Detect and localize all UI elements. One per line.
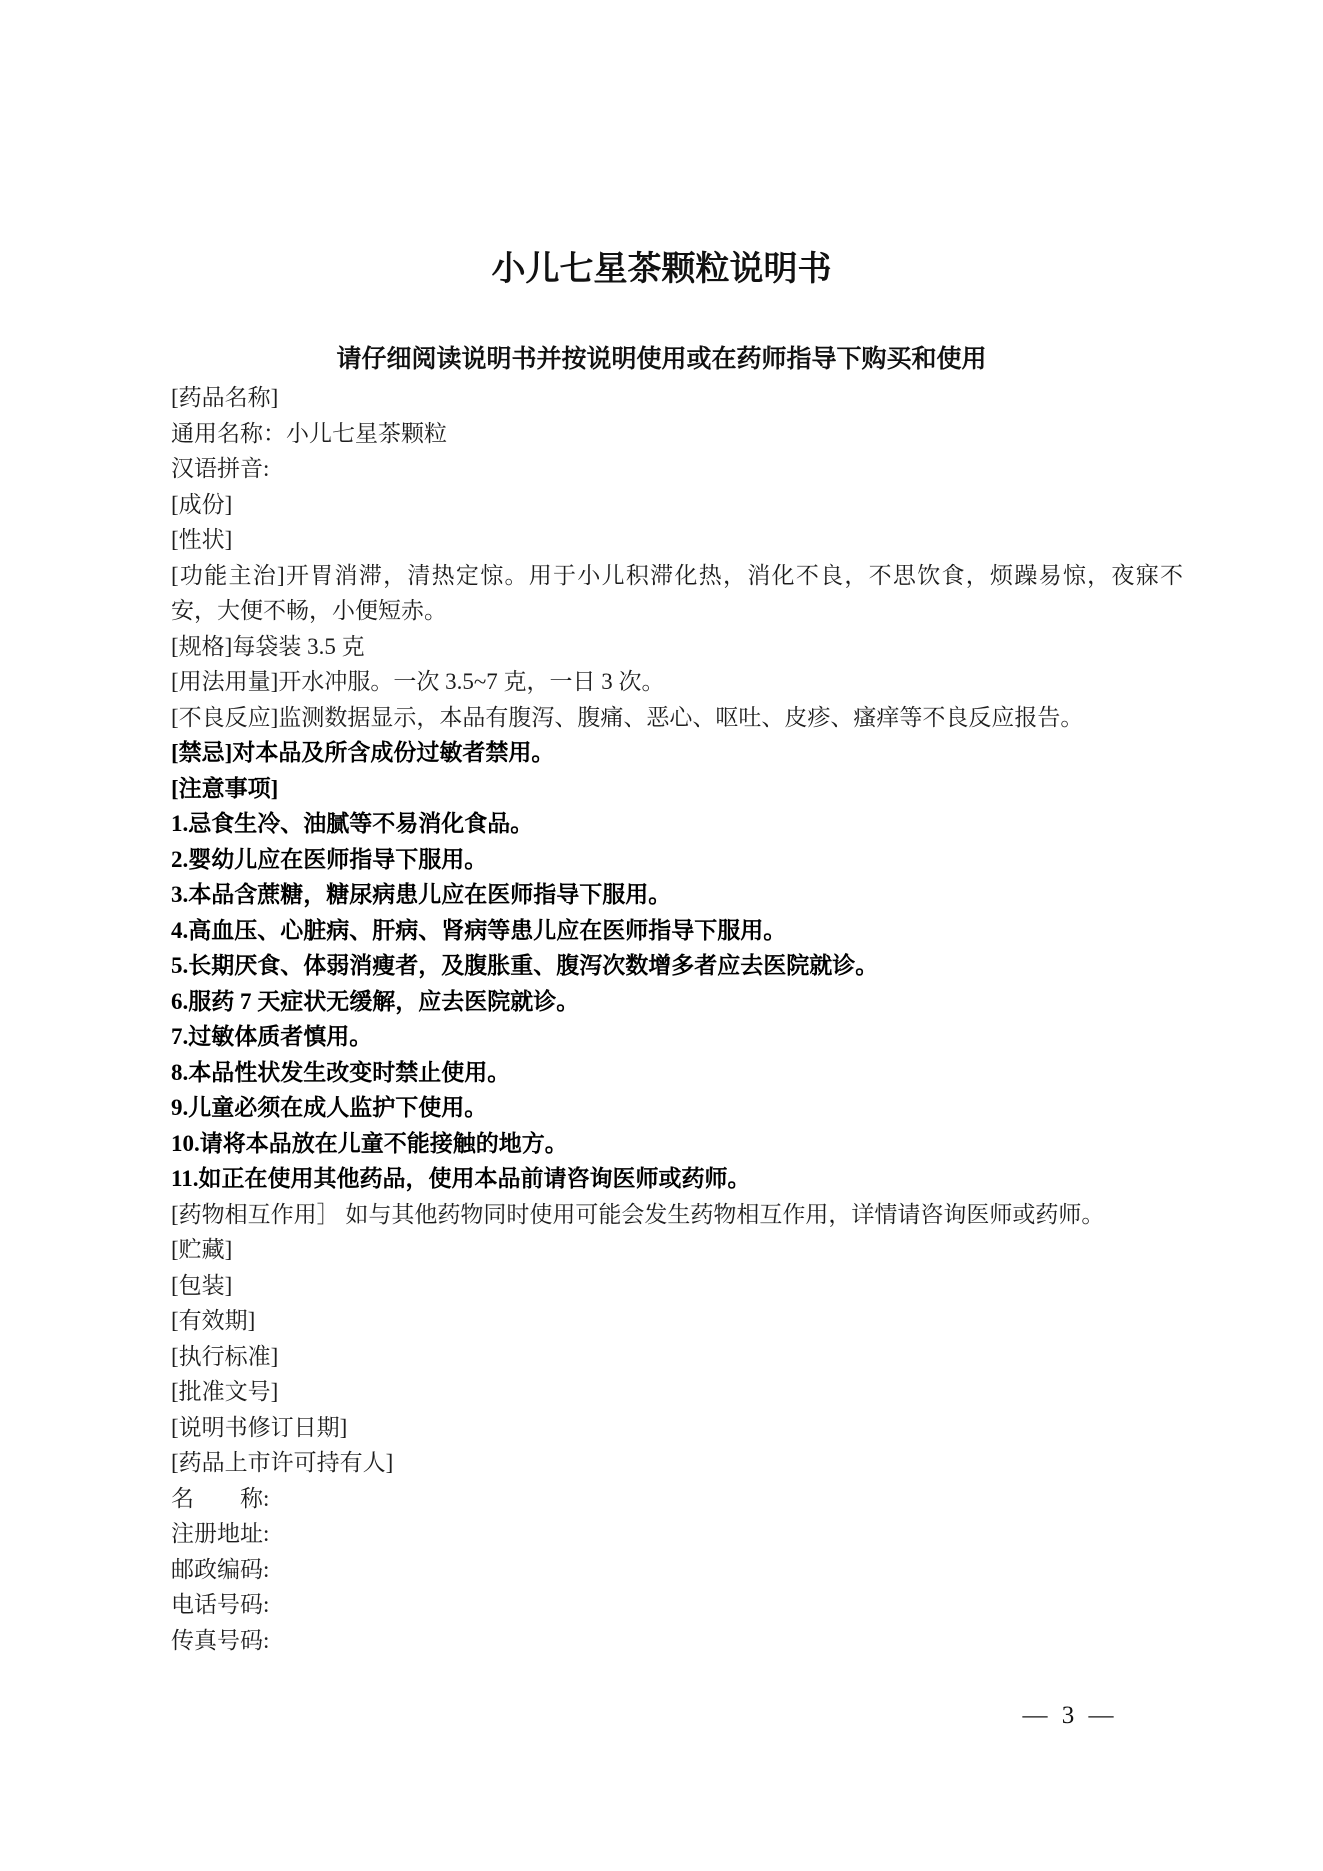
line-holder-name: 名 称: [171,1481,1183,1517]
line-storage-header: [贮藏] [171,1232,1183,1268]
line-drug-interactions: [药物相互作用］ 如与其他药物同时使用可能会发生药物相互作用，详情请咨询医师或药… [171,1197,1183,1233]
line-validity-header: [有效期] [171,1303,1183,1339]
line-precaution-4: 4.高血压、心脏病、肝病、肾病等患儿应在医师指导下服用。 [171,913,1183,949]
line-indications-2: 安，大便不畅，小便短赤。 [171,593,1183,629]
page-number: — 3 — [1008,1700,1128,1732]
line-precaution-1: 1.忌食生冷、油腻等不易消化食品。 [171,806,1183,842]
line-contraindications: [禁忌]对本品及所含成份过敏者禁用。 [171,735,1183,771]
line-adverse-reactions: [不良反应]监测数据显示，本品有腹泻、腹痛、恶心、呕吐、皮疹、瘙痒等不良反应报告… [171,700,1183,736]
line-license-holder-header: [药品上市许可持有人] [171,1445,1183,1481]
line-precaution-7: 7.过敏体质者慎用。 [171,1019,1183,1055]
line-specification: [规格]每袋装 3.5 克 [171,629,1183,665]
line-indications-1: [功能主治]开胃消滞，清热定惊。用于小儿积滞化热，消化不良，不思饮食，烦躁易惊，… [171,558,1183,594]
line-packaging-header: [包装] [171,1268,1183,1304]
line-approval-number-header: [批准文号] [171,1374,1183,1410]
line-dosage: [用法用量]开水冲服。一次 3.5~7 克，一日 3 次。 [171,664,1183,700]
line-postal-code: 邮政编码: [171,1552,1183,1588]
line-description-header: [性状] [171,522,1183,558]
document-body: [药品名称] 通用名称：小儿七星茶颗粒 汉语拼音: [成份] [性状] [功能主… [171,380,1183,1658]
line-phone-number: 电话号码: [171,1587,1183,1623]
line-generic-name: 通用名称：小儿七星茶颗粒 [171,416,1183,452]
line-precaution-3: 3.本品含蔗糖，糖尿病患儿应在医师指导下服用。 [171,877,1183,913]
line-drug-name-header: [药品名称] [171,380,1183,416]
line-precautions-header: [注意事项] [171,771,1183,807]
line-fax-number: 传真号码: [171,1623,1183,1659]
line-precaution-6: 6.服药 7 天症状无缓解，应去医院就诊。 [171,984,1183,1020]
line-registered-address: 注册地址: [171,1516,1183,1552]
line-pinyin: 汉语拼音: [171,451,1183,487]
line-ingredients-header: [成份] [171,487,1183,523]
line-precaution-8: 8.本品性状发生改变时禁止使用。 [171,1055,1183,1091]
line-precaution-5: 5.长期厌食、体弱消瘦者，及腹胀重、腹泻次数增多者应去医院就诊。 [171,948,1183,984]
document-page: 小儿七星茶颗粒说明书 请仔细阅读说明书并按说明使用或在药师指导下购买和使用 [药… [0,0,1323,1871]
line-precaution-10: 10.请将本品放在儿童不能接触的地方。 [171,1126,1183,1162]
line-revision-date-header: [说明书修订日期] [171,1410,1183,1446]
line-precaution-9: 9.儿童必须在成人监护下使用。 [171,1090,1183,1126]
document-title: 小儿七星茶颗粒说明书 [0,248,1323,290]
line-standard-header: [执行标准] [171,1339,1183,1375]
line-precaution-11: 11.如正在使用其他药品，使用本品前请咨询医师或药师。 [171,1161,1183,1197]
document-subtitle: 请仔细阅读说明书并按说明使用或在药师指导下购买和使用 [0,344,1323,374]
line-precaution-2: 2.婴幼儿应在医师指导下服用。 [171,842,1183,878]
